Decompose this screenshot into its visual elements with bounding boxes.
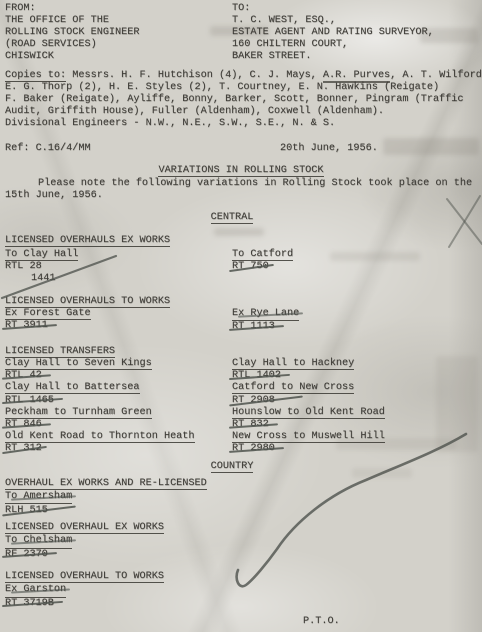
entry-left: Ex Forest Gate RT 3911 (5, 308, 91, 332)
copies-line: F. Baker (Reigate), Ayliffe, Bonny, Bark… (5, 94, 482, 106)
fleet-number: RLH 515 (5, 504, 207, 517)
intro-line: Please note the following variations in … (38, 178, 472, 189)
from-line: THE OFFICE OF THE (5, 15, 140, 27)
doc-title: VARIATIONS IN ROLLING STOCK (158, 165, 323, 177)
to-label: TO: (232, 3, 434, 15)
scan-smudge (330, 252, 420, 261)
intro-line: 15th June, 1956. (5, 190, 103, 201)
transfer-route: Hounslow to Old Kent Road (232, 407, 385, 419)
scanned-memo-page: FROM: THE OFFICE OF THE ROLLING STOCK EN… (0, 0, 482, 632)
to-line: 160 CHILTERN COURT, (232, 39, 434, 51)
fleet-number: RTL 1402 (232, 370, 385, 382)
copies-names: , A. T. Wilford, (390, 70, 482, 81)
entry-destination: Ex Forest Gate (5, 308, 91, 320)
group-heading: LICENSED TRANSFERS (5, 346, 115, 357)
entry-destination: To Clay Hall (5, 249, 78, 261)
pen-tick-stroke (237, 434, 466, 586)
entry-destination: To Chelsham (5, 535, 164, 549)
to-address-block: TO: T. C. WEST, ESQ., ESTATE AGENT AND R… (232, 3, 434, 63)
fleet-number: RT 832 (232, 419, 385, 431)
fleet-number: RT 2980 (232, 443, 385, 455)
from-line: (ROAD SERVICES) (5, 39, 140, 51)
copies-names: Messrs. H. F. Hutchison (4), C. J. Mays, (66, 70, 323, 81)
from-label: FROM: (5, 3, 140, 15)
group-heading-text: LICENSED OVERHAULS EX WORKS (5, 235, 170, 247)
entry-left: To Clay Hall RTL 28 1441 (5, 249, 78, 285)
section-central: CENTRAL (0, 212, 482, 224)
to-line: BAKER STREET. (232, 51, 434, 63)
entry-destination: Ex Rye Lane (232, 308, 299, 321)
fleet-number: RT 3911 (5, 320, 91, 332)
pto-label: P.T.O. (303, 616, 340, 627)
to-line: ESTATE AGENT AND RATING SURVEYOR, (232, 27, 434, 39)
group-heading-text: LICENSED OVERHAULS TO WORKS (5, 296, 170, 308)
fleet-number: RT 3719B (5, 598, 164, 611)
from-address-block: FROM: THE OFFICE OF THE ROLLING STOCK EN… (5, 3, 140, 63)
transfer-route: Clay Hall to Seven Kings (5, 358, 195, 370)
transfer-route: Peckham to Turnham Green (5, 407, 195, 419)
transfer-route: Catford to New Cross (232, 382, 385, 394)
ref-number: Ref: C.16/4/MM (5, 143, 91, 154)
group-heading-text: LICENSED TRANSFERS (5, 346, 115, 358)
group-heading: LICENSED OVERHAUL TO WORKS (5, 571, 164, 584)
from-line: ROLLING STOCK ENGINEER (5, 27, 140, 39)
transfer-route: Clay Hall to Battersea (5, 382, 195, 394)
entry-destination: To Amersham (5, 490, 207, 504)
copies-paragraph: Copies to: Messrs. H. F. Hutchison (4), … (5, 70, 482, 130)
copies-line: Audit, Griffith House), Fuller (Aldenham… (5, 106, 482, 118)
transfers-left-column: Clay Hall to Seven Kings RTL 42 Clay Hal… (5, 358, 195, 456)
scan-smudge (214, 228, 264, 236)
transfer-route: Old Kent Road to Thornton Heath (5, 431, 195, 443)
fleet-number: RT 1113 (232, 321, 299, 333)
fleet-number: RT 2908 (232, 395, 385, 407)
entry-destination: Ex Garston (5, 584, 164, 598)
transfer-route: Clay Hall to Hackney (232, 358, 385, 370)
entry-right: Ex Rye Lane RT 1113 (232, 308, 299, 333)
from-line: CHISWICK (5, 51, 140, 63)
date: 20th June, 1956. (280, 143, 378, 154)
fleet-number: RT 846 (5, 419, 195, 431)
section-heading: CENTRAL (211, 212, 254, 224)
transfer-route: New Cross to Muswell Hill (232, 431, 385, 443)
fleet-number-extra: 1441 (5, 273, 78, 285)
fleet-number: RTL 42 (5, 370, 195, 382)
copies-line: Divisional Engineers - N.W., N.E., S.W.,… (5, 118, 482, 130)
copies-label: Copies to: (5, 70, 66, 82)
fleet-number: RF 2370 (5, 549, 164, 562)
entry-destination: To Catford (232, 249, 293, 261)
group-heading: OVERHAUL EX WORKS AND RE-LICENSED (5, 477, 207, 490)
copies-line: E. G. Thorp (2), H. E. Styles (2), T. Co… (5, 82, 482, 94)
transfers-right-column: Clay Hall to Hackney RTL 1402 Catford to… (232, 358, 385, 456)
entry-right: To Catford RT 750 (232, 249, 293, 273)
fleet-number: RTL 1465 (5, 395, 195, 407)
section-heading: COUNTRY (211, 461, 254, 473)
copies-line: Copies to: Messrs. H. F. Hutchison (4), … (5, 70, 482, 82)
group-heading: LICENSED OVERHAULS EX WORKS (5, 235, 170, 246)
fleet-number: RT 750 (232, 261, 293, 273)
fleet-number: RTL 28 (5, 261, 78, 273)
title-row: VARIATIONS IN ROLLING STOCK (0, 165, 482, 176)
country-group: OVERHAUL EX WORKS AND RE-LICENSED To Ame… (5, 477, 207, 517)
country-group: LICENSED OVERHAUL EX WORKS To Chelsham R… (5, 522, 164, 561)
group-heading: LICENSED OVERHAUL EX WORKS (5, 522, 164, 535)
scan-smudge (383, 138, 479, 155)
country-group: LICENSED OVERHAUL TO WORKS Ex Garston RT… (5, 571, 164, 610)
group-heading: LICENSED OVERHAULS TO WORKS (5, 296, 170, 307)
to-line: T. C. WEST, ESQ., (232, 15, 434, 27)
section-country: COUNTRY (0, 461, 482, 473)
fleet-number: RT 312 (5, 443, 195, 455)
